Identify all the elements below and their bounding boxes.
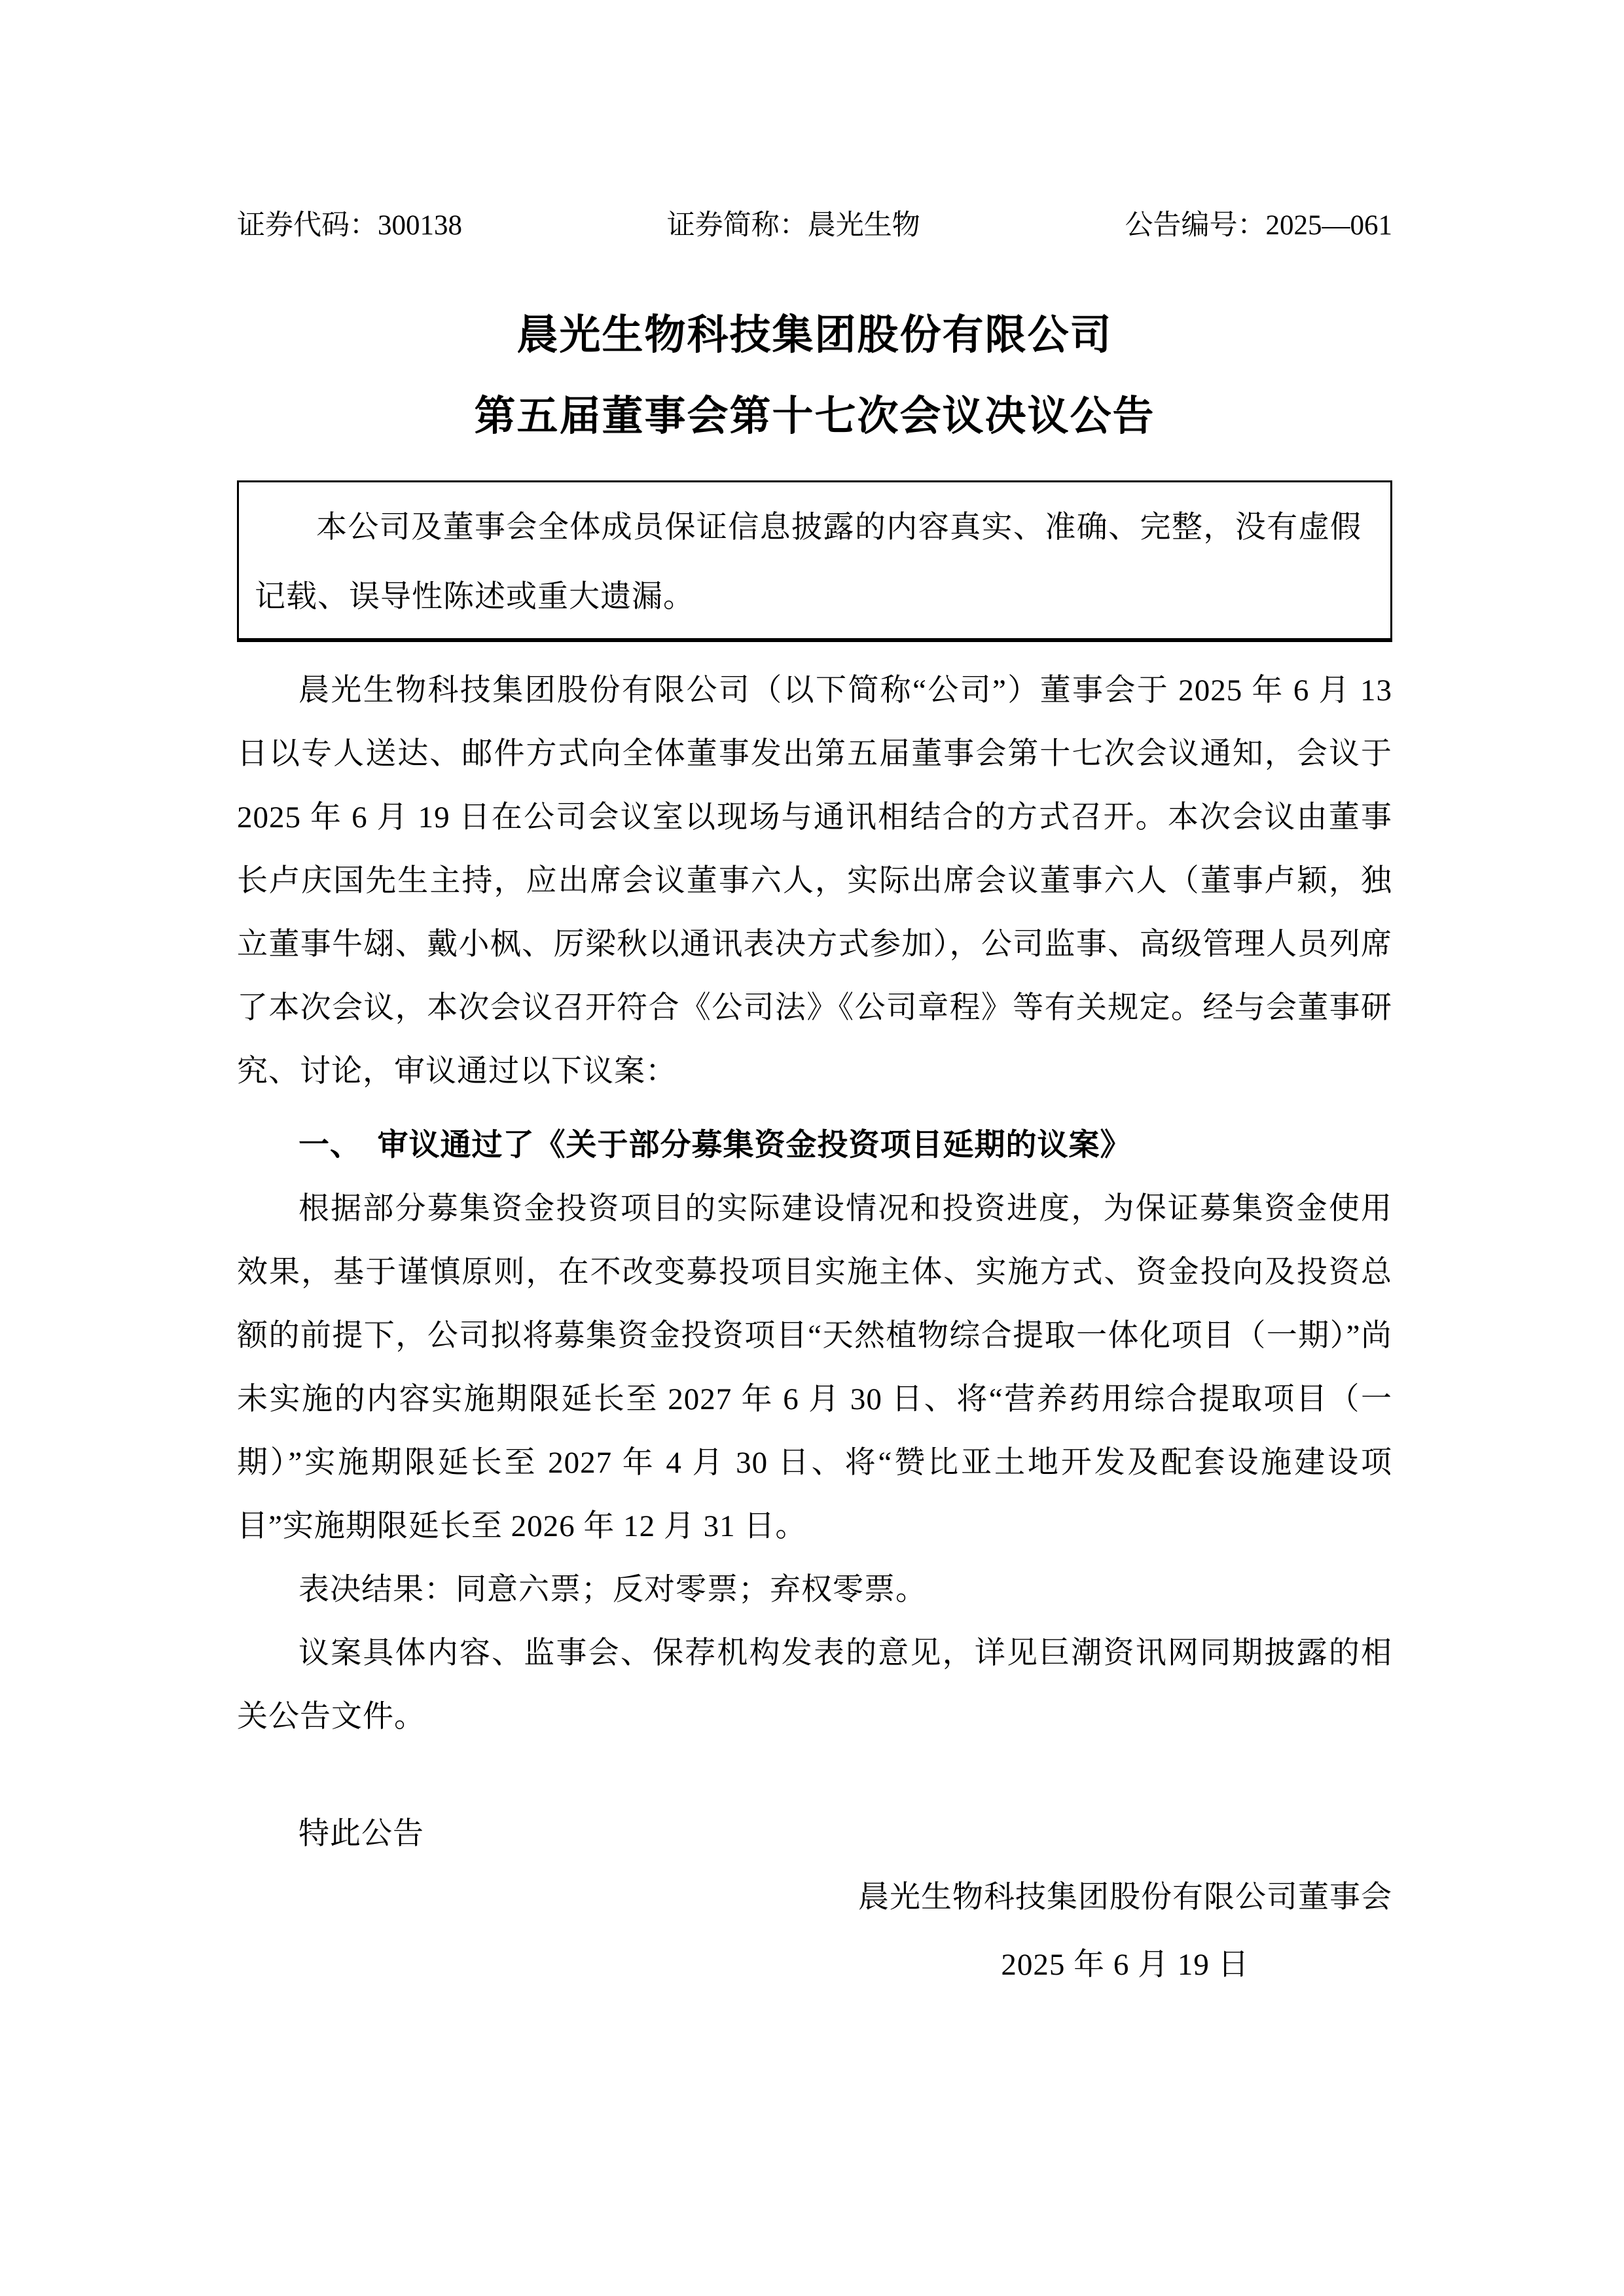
announcement-page: 证券代码：300138 证券简称：晨光生物 公告编号：2025—061 晨光生物… xyxy=(0,0,1624,2296)
signature-date: 2025 年 6 月 19 日 xyxy=(858,1933,1392,1997)
disclaimer-box: 本公司及董事会全体成员保证信息披露的内容真实、准确、完整，没有虚假记载、误导性陈… xyxy=(237,480,1392,642)
paragraph-intro: 晨光生物科技集团股份有限公司（以下简称“公司”）董事会于 2025 年 6 月 … xyxy=(237,659,1392,1103)
paragraph-resolution-detail: 根据部分募集资金投资项目的实际建设情况和投资进度，为保证募集资金使用效果，基于谨… xyxy=(237,1177,1392,1558)
paragraph-vote-result: 表决结果：同意六票；反对零票；弃权零票。 xyxy=(237,1558,1392,1622)
resolution-item-heading: 一、 审议通过了《关于部分募集资金投资项目延期的议案》 xyxy=(237,1114,1392,1177)
signature-block: 晨光生物科技集团股份有限公司董事会 2025 年 6 月 19 日 xyxy=(237,1866,1392,1997)
paragraph-closing: 特此公告 xyxy=(237,1803,1392,1866)
document-title: 晨光生物科技集团股份有限公司 第五届董事会第十七次会议决议公告 xyxy=(237,295,1392,457)
document-header-row: 证券代码：300138 证券简称：晨光生物 公告编号：2025—061 xyxy=(237,208,1392,243)
signature-inner: 晨光生物科技集团股份有限公司董事会 2025 年 6 月 19 日 xyxy=(858,1866,1392,1997)
announcement-no-label: 公告编号：2025—061 xyxy=(1125,208,1393,243)
paragraph-reference: 议案具体内容、监事会、保荐机构发表的意见，详见巨潮资讯网同期披露的相关公告文件。 xyxy=(237,1622,1392,1749)
title-meeting-line: 第五届董事会第十七次会议决议公告 xyxy=(237,376,1392,457)
document-body: 晨光生物科技集团股份有限公司（以下简称“公司”）董事会于 2025 年 6 月 … xyxy=(237,659,1392,1997)
disclaimer-text: 本公司及董事会全体成员保证信息披露的内容真实、准确、完整，没有虚假记载、误导性陈… xyxy=(255,511,1362,614)
stock-abbr-label: 证券简称：晨光生物 xyxy=(667,208,920,243)
title-company-line: 晨光生物科技集团股份有限公司 xyxy=(237,295,1392,376)
stock-code-label: 证券代码：300138 xyxy=(237,208,462,243)
signature-company: 晨光生物科技集团股份有限公司董事会 xyxy=(858,1866,1392,1929)
